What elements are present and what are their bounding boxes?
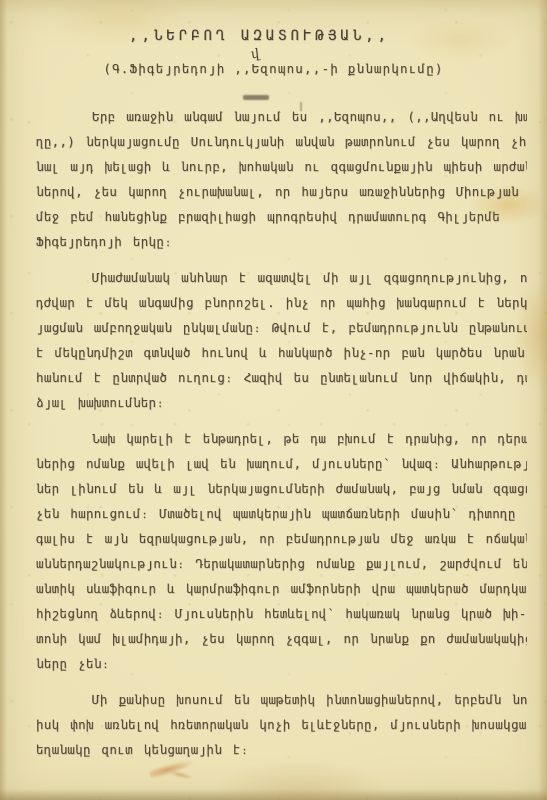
scanned-document-page: ,,ՆԵՐԲՈՂ ԱԶԱՏՈՒԹՅԱՆ,, (Գ.Ֆիգեյրեդոյի ,,Ե… xyxy=(0,0,547,800)
text-line: Միաժամանակ անհնար է ազատվել մի այլ զգացո… xyxy=(36,265,527,290)
text-line: դժվար է մեկ անգամից բնորոշել. ինչ որ պահ… xyxy=(36,290,527,315)
text-line: ները չեն։ xyxy=(36,651,527,676)
title-separator xyxy=(243,95,269,100)
text-line: հիշեցնող ձևերով։ Մյուսներին հետևելով՝ հա… xyxy=(36,601,527,626)
document-subtitle: (Գ.Ֆիգեյրեդոյի ,,Եզոպոս,,-ի քննարկումը) xyxy=(0,61,547,76)
text-line: իսկ փոխ առնելով հռետորական կոչի ելևէջներ… xyxy=(36,712,527,737)
text-line: ղը,,) ներկայացումը Սունդուկյանի անվան թա… xyxy=(36,129,527,154)
text-line: եղանակը զուտ կենցաղային է։ xyxy=(36,737,527,762)
text-line: տոնի կամ խլամիդայի, չես կարող չզգալ, որ … xyxy=(36,626,527,651)
text-line: աններդաշնակություն։ Դերակատարներից ոմանք… xyxy=(36,551,527,576)
document-body: Երբ առաջին անգամ նայում ես ,,Եզոպոս,, (,… xyxy=(36,104,527,773)
text-line: Ֆիգեյրեդոյի երկը։ xyxy=(36,229,527,254)
text-line: գալիս է այն եզրակացության, որ բեմադրությ… xyxy=(36,526,527,551)
text-line: Մի քանիսը խոսում են պաթետիկ ինտոնացիաներ… xyxy=(36,687,527,712)
text-line: ձյալ խախտումներ։ xyxy=(36,390,527,415)
text-line: ներից ոմանք ավելի լավ են խաղում, մյուսնե… xyxy=(36,451,527,476)
paragraph: Երբ առաջին անգամ նայում ես ,,Եզոպոս,, (,… xyxy=(36,104,527,254)
paragraph: Նախ կարելի է ենթադրել, թե դա բխում է դրա… xyxy=(36,426,527,676)
paragraph: Միաժամանակ անհնար է ազատվել մի այլ զգացո… xyxy=(36,265,527,415)
text-line: Նախ կարելի է ենթադրել, թե դա բխում է դրա… xyxy=(36,426,527,451)
text-line: նալ այդ խելացի և նուրբ, խոհական ու զգացմ… xyxy=(36,154,527,179)
text-line: չեն հարուցում։ Մտածելով պատկերային պատճա… xyxy=(36,501,527,526)
text-line: հանում է ընտրված ուղուց։ Հազիվ ես ընտելա… xyxy=(36,365,527,390)
text-line: անտիկ սևաֆիգուր և կարմրաֆիգուր ամֆորների… xyxy=(36,576,527,601)
text-line: ներով, չես կարող չուրախանալ, որ հայերս ա… xyxy=(36,179,527,204)
handwritten-correction: վ xyxy=(250,47,260,63)
text-line: յացման ամբողջական ընկալմանը։ Թվում է, բե… xyxy=(36,315,527,340)
document-title: ,,ՆԵՐԲՈՂ ԱԶԱՏՈՒԹՅԱՆ,, xyxy=(0,28,533,44)
text-line: ներ լինում են և այլ ներկայացումների ժամա… xyxy=(36,476,527,501)
text-line: մեջ բեմ հանեցինք բրազիլիացի պրոգրեսիվ դր… xyxy=(36,204,527,229)
text-line: է մեկընդմիշտ գտնված հունով և հանկարծ ինչ… xyxy=(36,340,527,365)
text-line: Երբ առաջին անգամ նայում ես ,,Եզոպոս,, (,… xyxy=(36,104,527,129)
paragraph: Մի քանիսը խոսում են պաթետիկ ինտոնացիաներ… xyxy=(36,687,527,762)
